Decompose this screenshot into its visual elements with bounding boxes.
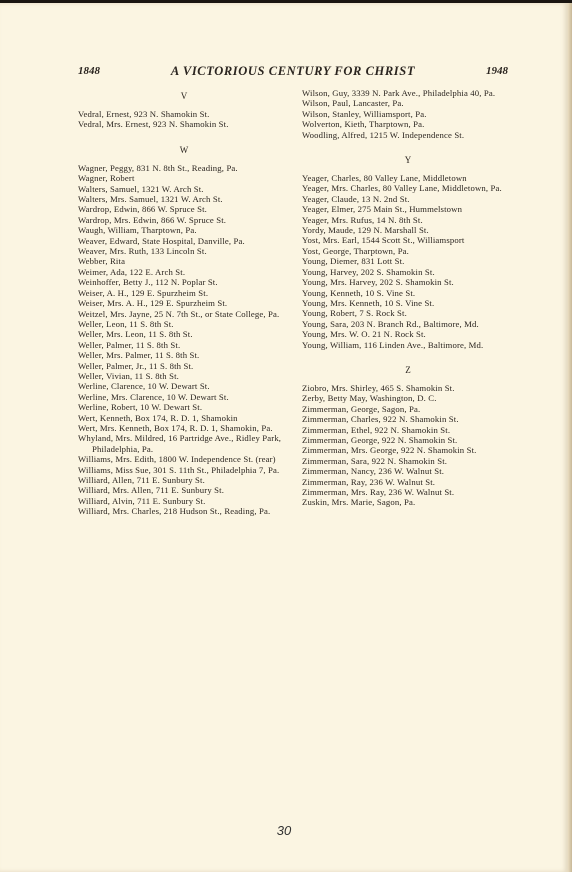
directory-entry: Zimmerman, Nancy, 236 W. Walnut St. bbox=[302, 466, 514, 476]
directory-entry: Zerby, Betty May, Washington, D. C. bbox=[302, 393, 514, 403]
directory-entry: Wilson, Guy, 3339 N. Park Ave., Philadel… bbox=[302, 88, 514, 98]
directory-entry: Young, Mrs. Harvey, 202 S. Shamokin St. bbox=[302, 277, 514, 287]
directory-entry: Weller, Vivian, 11 S. 8th St. bbox=[78, 371, 290, 381]
directory-entry: Zimmerman, Mrs. Ray, 236 W. Walnut St. bbox=[302, 487, 514, 497]
directory-entry: Yeager, Elmer, 275 Main St., Hummelstown bbox=[302, 204, 514, 214]
directory-entry: Young, Mrs. Kenneth, 10 S. Vine St. bbox=[302, 298, 514, 308]
directory-entry: Walters, Samuel, 1321 W. Arch St. bbox=[78, 184, 290, 194]
running-header: 1848 A VICTORIOUS CENTURY FOR CHRIST 194… bbox=[78, 65, 508, 83]
section-gap bbox=[78, 130, 290, 142]
directory-entry: Wardrop, Edwin, 866 W. Spruce St. bbox=[78, 204, 290, 214]
directory-entry: Wagner, Robert bbox=[78, 173, 290, 183]
directory-entry: Werline, Clarence, 10 W. Dewart St. bbox=[78, 381, 290, 391]
directory-entry: Young, Diemer, 831 Lott St. bbox=[302, 256, 514, 266]
directory-entry: Yeager, Claude, 13 N. 2nd St. bbox=[302, 194, 514, 204]
directory-entry: Weller, Mrs. Palmer, 11 S. 8th St. bbox=[78, 350, 290, 360]
page-edge bbox=[568, 3, 572, 872]
directory-entry: Wert, Kenneth, Box 174, R. D. 1, Shamoki… bbox=[78, 413, 290, 423]
directory-entry: Weller, Palmer, Jr., 11 S. 8th St. bbox=[78, 361, 290, 371]
directory-entry: Zuskin, Mrs. Marie, Sagon, Pa. bbox=[302, 497, 514, 507]
directory-entry: Yeager, Mrs. Charles, 80 Valley Lane, Mi… bbox=[302, 183, 514, 193]
directory-entry: Zimmerman, Ethel, 922 N. Shamokin St. bbox=[302, 425, 514, 435]
directory-entry: Young, William, 116 Linden Ave., Baltimo… bbox=[302, 340, 514, 350]
directory-entry: Wilson, Paul, Lancaster, Pa. bbox=[302, 98, 514, 108]
directory-entry: Woodling, Alfred, 1215 W. Independence S… bbox=[302, 130, 514, 140]
directory-entry: Wardrop, Mrs. Edwin, 866 W. Spruce St. bbox=[78, 215, 290, 225]
directory-entry: Williard, Mrs. Charles, 218 Hudson St., … bbox=[78, 506, 290, 516]
section-letter-heading: W bbox=[78, 145, 290, 155]
directory-entry: Zimmerman, George, 922 N. Shamokin St. bbox=[302, 435, 514, 445]
directory-entry: Zimmerman, Mrs. George, 922 N. Shamokin … bbox=[302, 445, 514, 455]
section-letter-heading: Y bbox=[302, 155, 514, 165]
directory-entry: Weitzel, Mrs. Jayne, 25 N. 7th St., or S… bbox=[78, 309, 290, 319]
page-number: 30 bbox=[0, 823, 568, 838]
directory-entry: Yeager, Charles, 80 Valley Lane, Middlet… bbox=[302, 173, 514, 183]
directory-entry: Williard, Allen, 711 E. Sunbury St. bbox=[78, 475, 290, 485]
directory-entry: Yeager, Mrs. Rufus, 14 N. 8th St. bbox=[302, 215, 514, 225]
directory-entry: Yost, Mrs. Earl, 1544 Scott St., William… bbox=[302, 235, 514, 245]
directory-entry: Williard, Mrs. Allen, 711 E. Sunbury St. bbox=[78, 485, 290, 495]
header-year-right: 1948 bbox=[486, 65, 508, 77]
directory-entry: Williams, Mrs. Edith, 1800 W. Independen… bbox=[78, 454, 290, 464]
directory-entry: Young, Kenneth, 10 S. Vine St. bbox=[302, 288, 514, 298]
directory-entry: Yordy, Maude, 129 N. Marshall St. bbox=[302, 225, 514, 235]
section-gap bbox=[302, 350, 514, 362]
directory-entry: Weller, Palmer, 11 S. 8th St. bbox=[78, 340, 290, 350]
directory-entry: Zimmerman, Ray, 236 W. Walnut St. bbox=[302, 477, 514, 487]
directory-entry: Waugh, William, Tharptown, Pa. bbox=[78, 225, 290, 235]
directory-entry: Weiser, Mrs. A. H., 129 E. Spurzheim St. bbox=[78, 298, 290, 308]
header-title: A VICTORIOUS CENTURY FOR CHRIST bbox=[78, 64, 508, 79]
directory-entry: Young, Mrs. W. O. 21 N. Rock St. bbox=[302, 329, 514, 339]
directory-entry: Webber, Rita bbox=[78, 256, 290, 266]
directory-entry: Werline, Robert, 10 W. Dewart St. bbox=[78, 402, 290, 412]
directory-entry: Yost, George, Tharptown, Pa. bbox=[302, 246, 514, 256]
directory-entry: Young, Sara, 203 N. Branch Rd., Baltimor… bbox=[302, 319, 514, 329]
directory-entry: Wagner, Peggy, 831 N. 8th St., Reading, … bbox=[78, 163, 290, 173]
directory-entry: Weaver, Edward, State Hospital, Danville… bbox=[78, 236, 290, 246]
directory-entry: Weinhoffer, Betty J., 112 N. Poplar St. bbox=[78, 277, 290, 287]
directory-entry: Zimmerman, George, Sagon, Pa. bbox=[302, 404, 514, 414]
directory-entry: Weiser, A. H., 129 E. Spurzheim St. bbox=[78, 288, 290, 298]
directory-entry: Wert, Mrs. Kenneth, Box 174, R. D. 1, Sh… bbox=[78, 423, 290, 433]
right-column: Wilson, Guy, 3339 N. Park Ave., Philadel… bbox=[302, 88, 514, 508]
directory-entry: Werline, Mrs. Clarence, 10 W. Dewart St. bbox=[78, 392, 290, 402]
directory-entry: Wolverton, Kieth, Tharptown, Pa. bbox=[302, 119, 514, 129]
directory-entry: Ziobro, Mrs. Shirley, 465 S. Shamokin St… bbox=[302, 383, 514, 393]
directory-entry: Vedral, Mrs. Ernest, 923 N. Shamokin St. bbox=[78, 119, 290, 129]
directory-entry: Vedral, Ernest, 923 N. Shamokin St. bbox=[78, 109, 290, 119]
directory-entry: Young, Robert, 7 S. Rock St. bbox=[302, 308, 514, 318]
directory-entry: Young, Harvey, 202 S. Shamokin St. bbox=[302, 267, 514, 277]
section-letter-heading: Z bbox=[302, 365, 514, 375]
directory-entry: Weller, Mrs. Leon, 11 S. 8th St. bbox=[78, 329, 290, 339]
directory-entry: Williams, Miss Sue, 301 S. 11th St., Phi… bbox=[78, 465, 290, 475]
directory-entry: Weimer, Ada, 122 E. Arch St. bbox=[78, 267, 290, 277]
left-column: VVedral, Ernest, 923 N. Shamokin St.Vedr… bbox=[78, 88, 290, 517]
document-page: 1848 A VICTORIOUS CENTURY FOR CHRIST 194… bbox=[0, 3, 568, 872]
directory-entry: Weller, Leon, 11 S. 8th St. bbox=[78, 319, 290, 329]
directory-entry: Zimmerman, Sara, 922 N. Shamokin St. bbox=[302, 456, 514, 466]
section-letter-heading: V bbox=[78, 91, 290, 101]
directory-entry: Weaver, Mrs. Ruth, 133 Lincoln St. bbox=[78, 246, 290, 256]
section-gap bbox=[302, 140, 514, 152]
directory-entry: Whyland, Mrs. Mildred, 16 Partridge Ave.… bbox=[78, 433, 290, 454]
directory-entry: Walters, Mrs. Samuel, 1321 W. Arch St. bbox=[78, 194, 290, 204]
directory-entry: Zimmerman, Charles, 922 N. Shamokin St. bbox=[302, 414, 514, 424]
directory-entry: Williard, Alvin, 711 E. Sunbury St. bbox=[78, 496, 290, 506]
directory-entry: Wilson, Stanley, Williamsport, Pa. bbox=[302, 109, 514, 119]
